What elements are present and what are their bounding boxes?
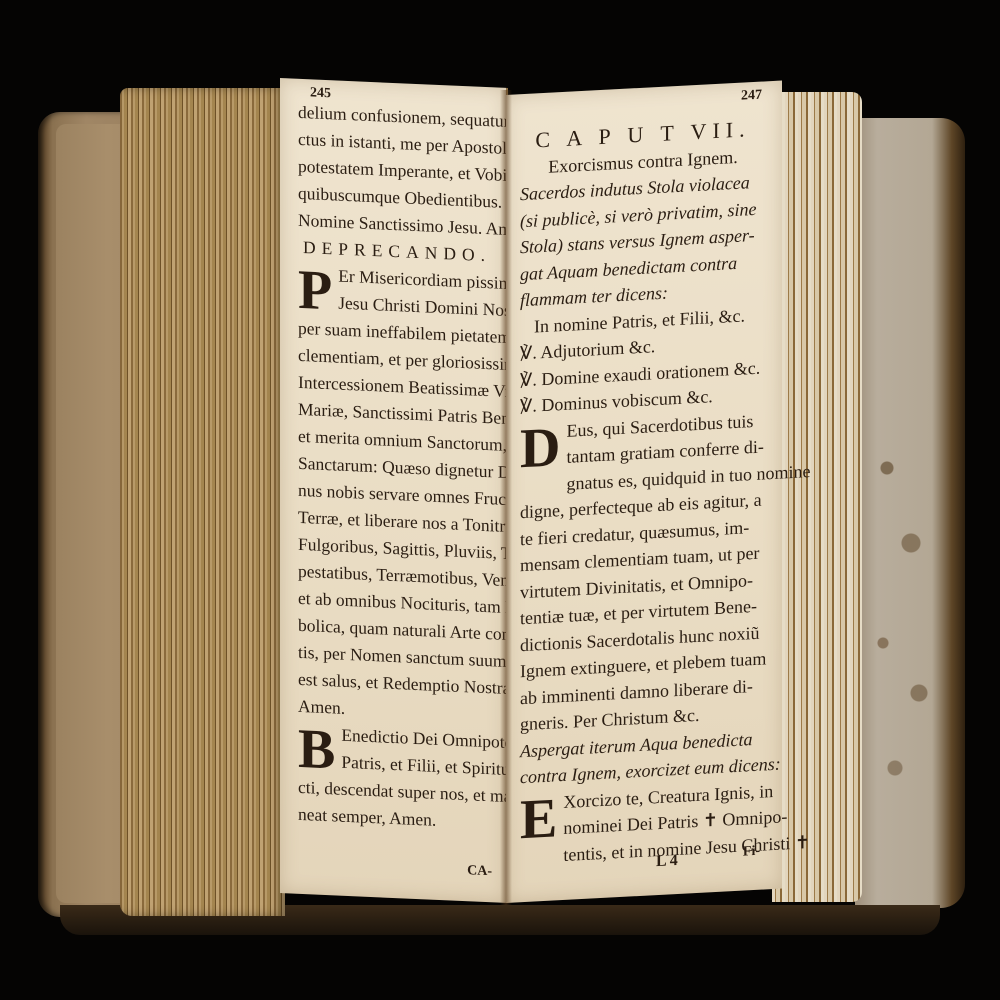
right-page: 247 C A P U T VII. Exorcismus contra Ign… [506, 81, 782, 903]
right-page-text: C A P U T VII. Exorcismus contra Ignem. … [520, 115, 766, 870]
paragraph-prayer: D Eus, qui Sacerdotibus tuis tantam grat… [520, 407, 766, 738]
catchword: Fi- [743, 844, 760, 861]
paragraph-deprecando: P Er Misericordiam pissimam Jesu Christi… [298, 261, 496, 729]
drop-cap: P [298, 265, 332, 316]
left-page: 245 delium confusionem, sequatur effe- c… [280, 78, 508, 903]
left-page-text: delium confusionem, sequatur effe- ctus … [298, 99, 496, 837]
book-gutter [500, 90, 512, 905]
catchword: CA- [467, 863, 492, 880]
left-page-block-edges [120, 88, 285, 916]
drop-cap: D [520, 422, 560, 474]
back-cover-board [855, 118, 965, 908]
right-page-number: 247 [741, 88, 762, 105]
drop-cap: B [298, 724, 335, 776]
signature-mark: L 4 [656, 852, 678, 871]
photo-scene: 245 delium confusionem, sequatur effe- c… [0, 0, 1000, 1000]
drop-cap: E [520, 793, 557, 845]
right-page-block-edges [772, 92, 862, 902]
paragraph-benedictio: B Enedictio Dei Omnipotentis Patris, et … [298, 720, 496, 837]
foxing-stains [863, 368, 943, 868]
paragraph-exorcism: E Xorcizo te, Creatura Ignis, in nominei… [520, 778, 766, 870]
